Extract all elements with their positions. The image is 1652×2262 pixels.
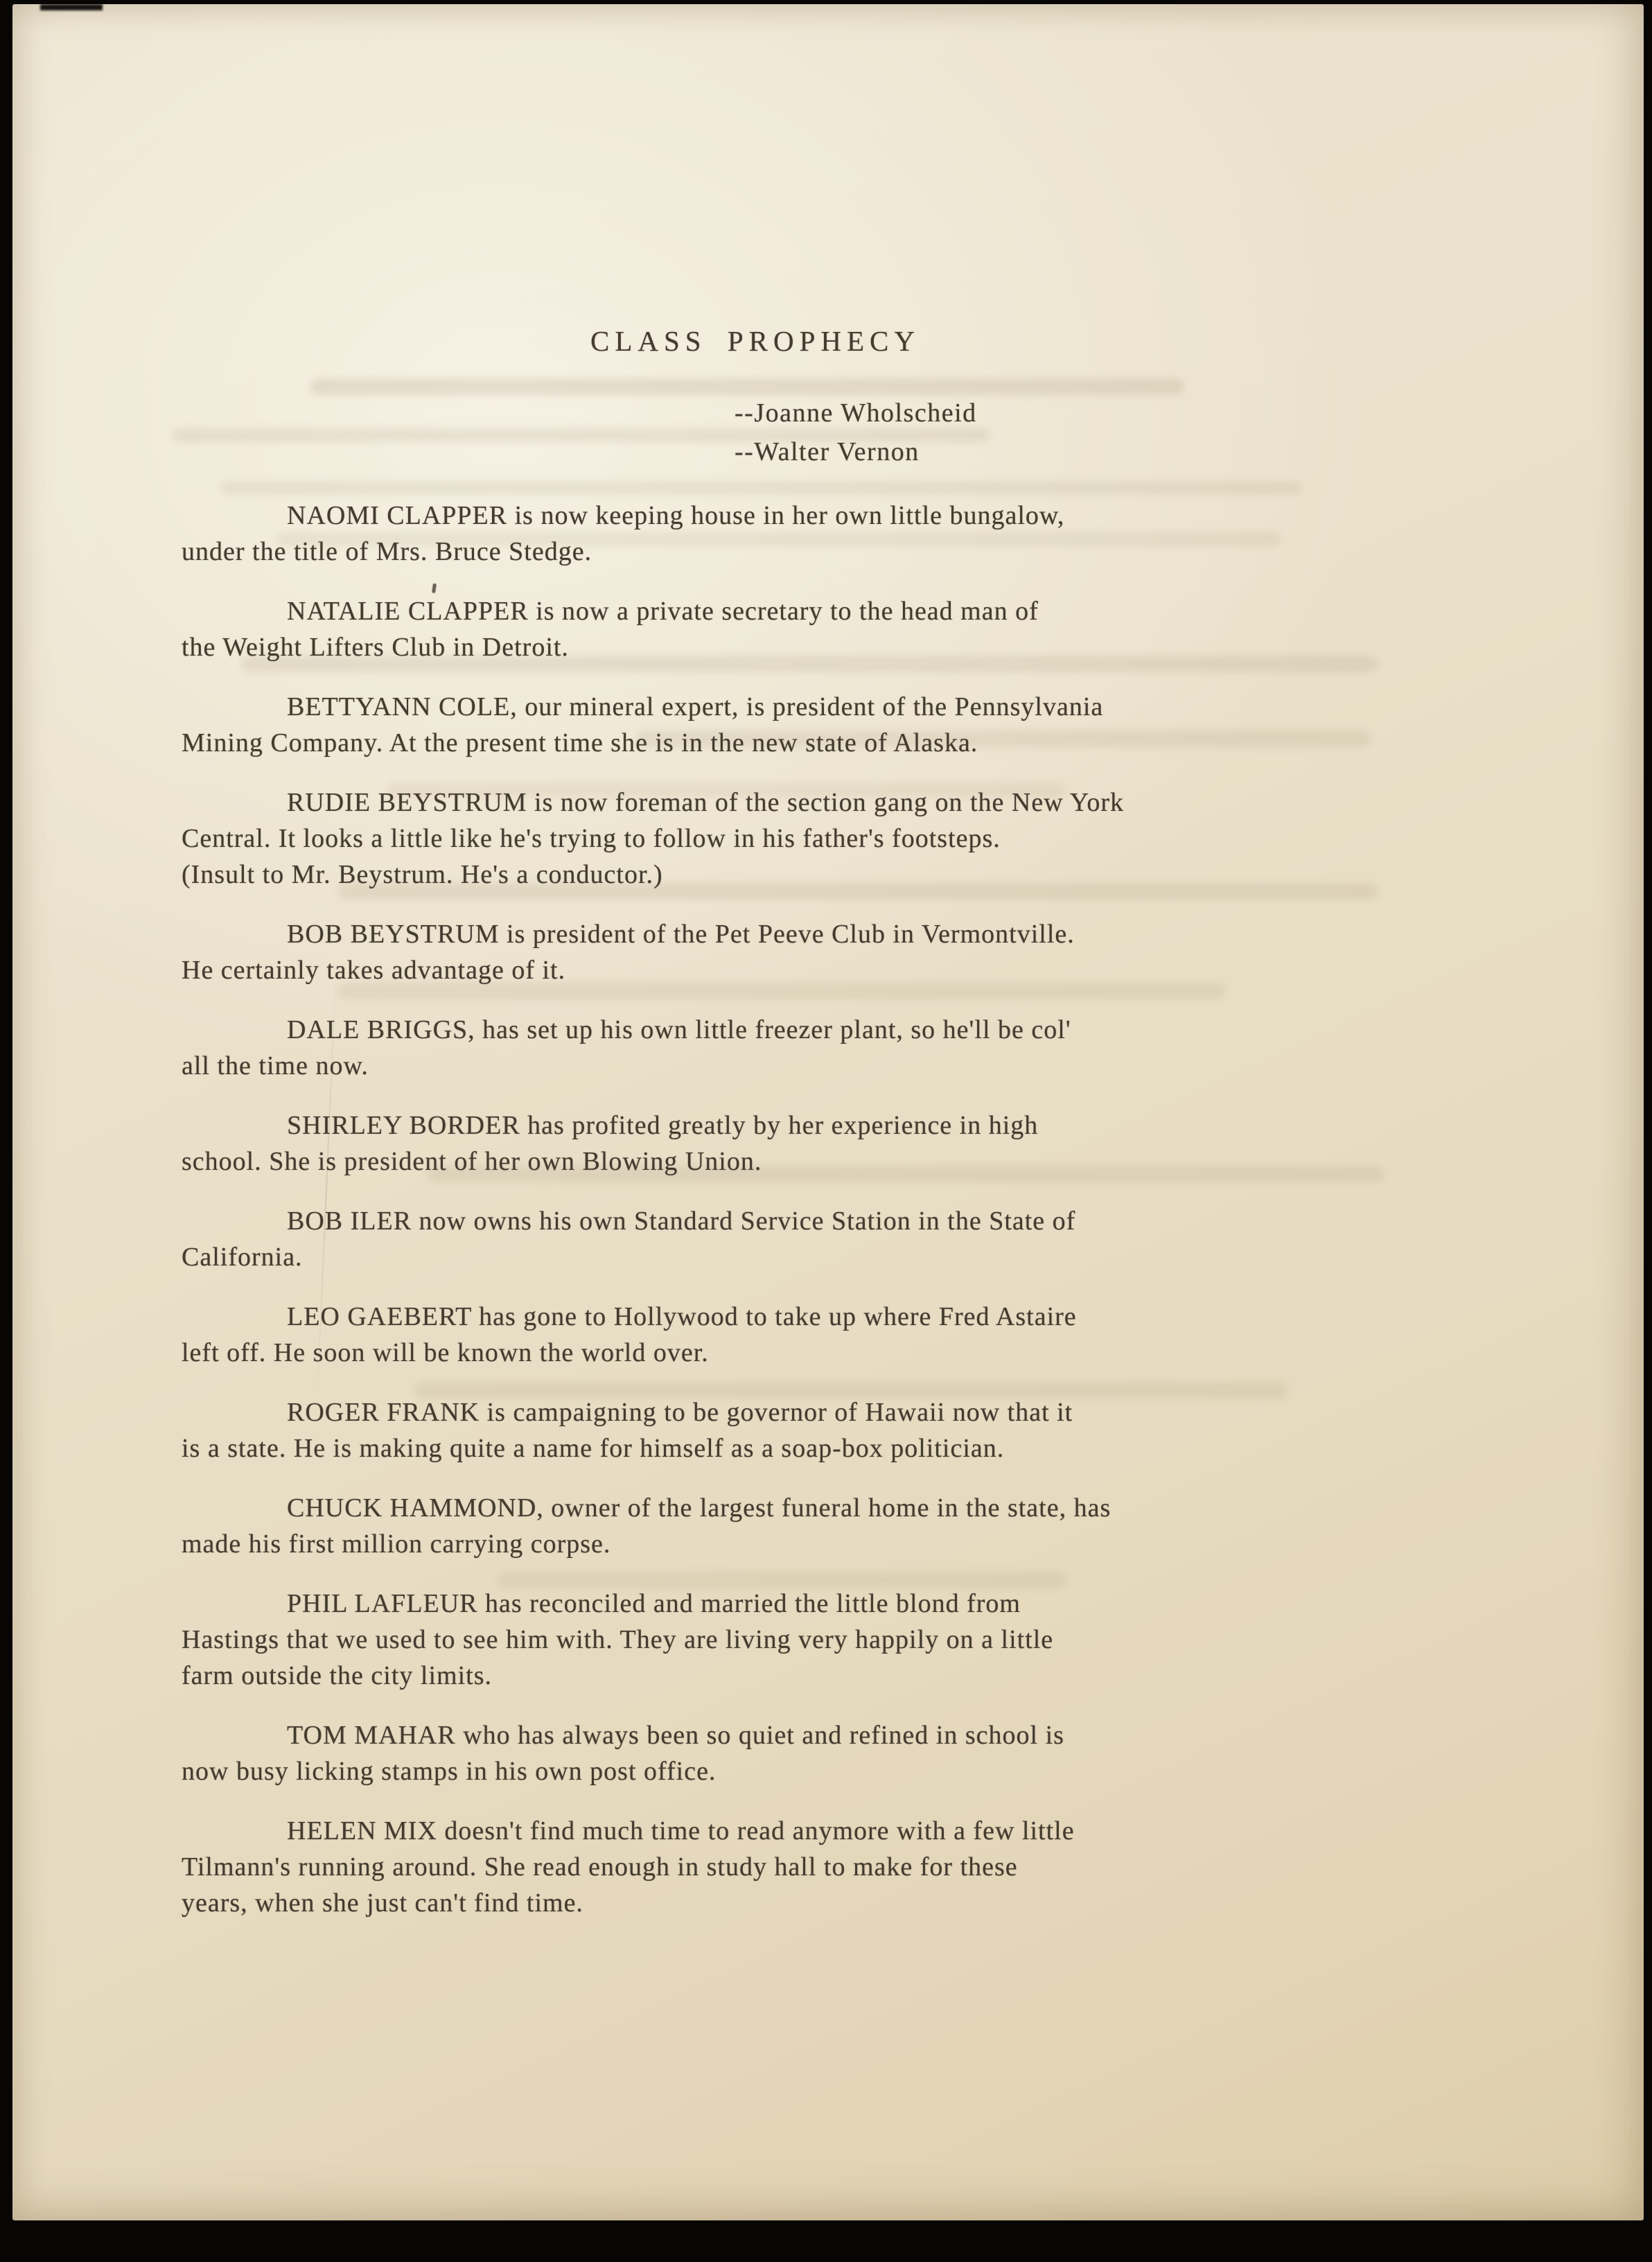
prophecy-paragraph-natalie-clapper: NATALIE CLAPPER is now a private secreta… <box>182 593 1407 665</box>
typed-content: CLASS PROPHECY --Joanne Wholscheid --Wal… <box>182 324 1407 1945</box>
byline: --Joanne Wholscheid --Walter Vernon <box>735 394 1407 471</box>
prophecy-paragraph-helen-mix: HELEN MIX doesn't find much time to read… <box>182 1813 1407 1921</box>
prophecy-paragraph-phil-lafleur: PHIL LAFLEUR has reconciled and married … <box>182 1586 1407 1694</box>
prophecy-paragraph-bob-beystrum: BOB BEYSTRUM is president of the Pet Pee… <box>182 916 1407 988</box>
prophecy-paragraph-rudie-beystrum: RUDIE BEYSTRUM is now foreman of the sec… <box>182 784 1407 893</box>
scan-edge-artifact <box>40 4 103 10</box>
page-title: CLASS PROPHECY <box>590 324 920 358</box>
prophecy-paragraph-leo-gaebert: LEO GAEBERT has gone to Hollywood to tak… <box>182 1299 1407 1371</box>
prophecy-paragraph-roger-frank: ROGER FRANK is campaigning to be governo… <box>182 1394 1407 1466</box>
prophecy-paragraphs: NAOMI CLAPPER is now keeping house in he… <box>182 498 1407 1921</box>
byline-author-2: --Walter Vernon <box>735 432 1407 471</box>
scan-background: { "doc": { "title": "CLASS PROPHECY", "b… <box>0 0 1652 2262</box>
prophecy-paragraph-chuck-hammond: CHUCK HAMMOND, owner of the largest fune… <box>182 1490 1407 1562</box>
prophecy-paragraph-naomi-clapper: NAOMI CLAPPER is now keeping house in he… <box>182 498 1407 570</box>
prophecy-paragraph-dale-briggs: DALE BRIGGS, has set up his own little f… <box>182 1012 1407 1084</box>
byline-author-1: --Joanne Wholscheid <box>735 394 1407 432</box>
prophecy-paragraph-tom-mahar: TOM MAHAR who has always been so quiet a… <box>182 1717 1407 1789</box>
prophecy-paragraph-shirley-border: SHIRLEY BORDER has profited greatly by h… <box>182 1107 1407 1180</box>
prophecy-paragraph-bob-iler: BOB ILER now owns his own Standard Servi… <box>182 1203 1407 1275</box>
prophecy-paragraph-bettyann-cole: BETTYANN COLE, our mineral expert, is pr… <box>182 689 1407 761</box>
document-page: CLASS PROPHECY --Joanne Wholscheid --Wal… <box>12 4 1644 2220</box>
